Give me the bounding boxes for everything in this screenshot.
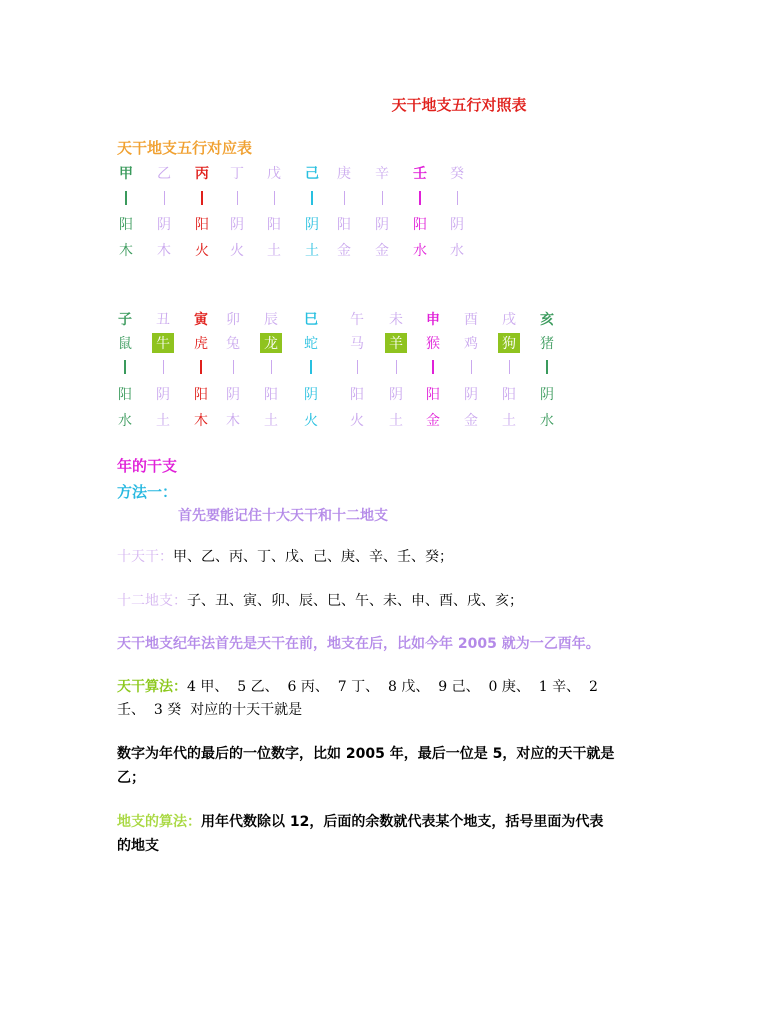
zodiac-animal: 猪 <box>536 333 558 353</box>
remember-line: 首先要能记住十大天干和十二地支 <box>178 505 388 525</box>
stem-yinyang: 阴 <box>301 214 323 234</box>
branch-yinyang: 阳 <box>498 384 520 404</box>
zodiac-animal: 猴 <box>422 333 444 353</box>
branch-char: 卯 <box>222 309 244 329</box>
zodiac-animal: 虎 <box>190 333 212 353</box>
branch-char: 酉 <box>460 309 482 329</box>
branch-yinyang: 阴 <box>460 384 482 404</box>
stem-element: 水 <box>446 240 468 260</box>
vertical-bar-glyph <box>124 360 126 374</box>
branch-char: 戌 <box>498 309 520 329</box>
divider-bar <box>409 190 431 206</box>
stem-element: 金 <box>371 240 393 260</box>
divider-bar <box>346 359 368 375</box>
zodiac-animal: 兔 <box>222 333 244 353</box>
ten-stems-list: 甲、乙、丙、丁、戊、己、庚、辛、壬、癸； <box>173 549 453 565</box>
branch-element: 水 <box>114 410 136 430</box>
vertical-bar-glyph <box>237 191 238 205</box>
stem-yinyang: 阴 <box>226 214 248 234</box>
branch-element: 水 <box>536 410 558 430</box>
divider-bar <box>333 190 355 206</box>
branch-yinyang: 阳 <box>114 384 136 404</box>
stem-calc-line-2: 壬、 3 癸 对应的十天干就是 <box>117 699 302 719</box>
stem-yinyang: 阴 <box>153 214 175 234</box>
stem-char: 癸 <box>446 163 468 183</box>
vertical-bar-glyph <box>457 191 458 205</box>
twelve-branches-list: 子、丑、寅、卯、辰、巳、午、未、申、酉、戌、亥； <box>187 593 523 609</box>
vertical-bar-glyph <box>310 360 312 374</box>
vertical-bar-glyph <box>271 360 272 374</box>
vertical-bar-glyph <box>419 191 421 205</box>
branch-char: 申 <box>422 309 444 329</box>
vertical-bar-glyph <box>125 191 127 205</box>
stem-element: 木 <box>115 240 137 260</box>
divider-bar <box>300 359 322 375</box>
branch-yinyang: 阴 <box>222 384 244 404</box>
branch-char: 辰 <box>260 309 282 329</box>
vertical-bar-glyph <box>311 191 313 205</box>
branch-yinyang: 阳 <box>422 384 444 404</box>
branch-element: 土 <box>385 410 407 430</box>
stem-element: 水 <box>409 240 431 260</box>
stem-char: 戊 <box>263 163 285 183</box>
branch-char: 午 <box>346 309 368 329</box>
divider-bar <box>222 359 244 375</box>
divider-bar <box>191 190 213 206</box>
divider-bar <box>371 190 393 206</box>
divider-bar <box>422 359 444 375</box>
vertical-bar-glyph <box>163 360 164 374</box>
branch-char: 未 <box>385 309 407 329</box>
zodiac-animal: 马 <box>346 333 368 353</box>
zodiac-animal: 鸡 <box>460 333 482 353</box>
branch-element: 金 <box>460 410 482 430</box>
branch-calc-line-2: 的地支 <box>117 835 159 855</box>
divider-bar <box>114 359 136 375</box>
branch-element: 火 <box>300 410 322 430</box>
vertical-bar-glyph <box>396 360 397 374</box>
zodiac-animal: 龙 <box>260 333 282 353</box>
branch-char: 巳 <box>300 309 322 329</box>
branch-yinyang: 阳 <box>260 384 282 404</box>
stem-yinyang: 阳 <box>115 214 137 234</box>
vertical-bar-glyph <box>200 360 202 374</box>
divider-bar <box>446 190 468 206</box>
divider-bar <box>301 190 323 206</box>
branch-yinyang: 阳 <box>346 384 368 404</box>
vertical-bar-glyph <box>233 360 234 374</box>
section-subtitle: 天干地支五行对应表 <box>117 137 252 158</box>
vertical-bar-glyph <box>344 191 345 205</box>
vertical-bar-glyph <box>546 360 548 374</box>
twelve-branches-line: 十二地支：子、丑、寅、卯、辰、巳、午、未、申、酉、戌、亥； <box>117 590 523 610</box>
stem-element: 火 <box>191 240 213 260</box>
zodiac-animal: 狗 <box>498 333 520 353</box>
branch-yinyang: 阴 <box>385 384 407 404</box>
branch-yinyang: 阴 <box>536 384 558 404</box>
divider-bar <box>498 359 520 375</box>
branch-element: 木 <box>222 410 244 430</box>
divider-bar <box>152 359 174 375</box>
divider-bar <box>153 190 175 206</box>
branch-char: 亥 <box>536 309 558 329</box>
stem-element: 土 <box>263 240 285 260</box>
divider-bar <box>460 359 482 375</box>
stem-calc-line-1: 天干算法：4 甲、 5 乙、 6 丙、 7 丁、 8 戊、 9 己、 0 庚、 … <box>117 676 598 696</box>
vertical-bar-glyph <box>471 360 472 374</box>
divider-bar <box>115 190 137 206</box>
stem-element: 木 <box>153 240 175 260</box>
branch-yinyang: 阳 <box>190 384 212 404</box>
ten-stems-label: 十天干： <box>117 549 173 565</box>
divider-bar <box>260 359 282 375</box>
zodiac-animal: 羊 <box>385 333 407 353</box>
branch-yinyang: 阴 <box>300 384 322 404</box>
stem-char: 辛 <box>371 163 393 183</box>
branch-calc-line-1: 地支的算法：用年代数除以 12，后面的余数就代表某个地支，括号里面为代表 <box>117 811 603 831</box>
stem-char: 己 <box>301 163 323 183</box>
divider-bar <box>226 190 248 206</box>
branch-element: 金 <box>422 410 444 430</box>
vertical-bar-glyph <box>274 191 275 205</box>
digit-note-line-1: 数字为年代的最后的一位数字，比如 2005 年，最后一位是 5，对应的天干就是 <box>117 743 614 763</box>
branch-calc-text-1: 用年代数除以 12，后面的余数就代表某个地支，括号里面为代表 <box>201 814 603 830</box>
ten-stems-line: 十天干：甲、乙、丙、丁、戊、己、庚、辛、壬、癸； <box>117 546 453 566</box>
zodiac-animal: 鼠 <box>114 333 136 353</box>
branch-char: 丑 <box>152 309 174 329</box>
branch-element: 火 <box>346 410 368 430</box>
stem-element: 金 <box>333 240 355 260</box>
stem-char: 庚 <box>333 163 355 183</box>
stem-yinyang: 阳 <box>333 214 355 234</box>
stem-char: 丙 <box>191 163 213 183</box>
stem-yinyang: 阳 <box>263 214 285 234</box>
twelve-branches-label: 十二地支： <box>117 593 187 609</box>
vertical-bar-glyph <box>164 191 165 205</box>
branch-calc-label: 地支的算法： <box>117 814 201 830</box>
stem-char: 丁 <box>226 163 248 183</box>
stem-char: 甲 <box>115 163 137 183</box>
digit-note-line-2: 乙； <box>117 767 145 787</box>
stem-char: 壬 <box>409 163 431 183</box>
branch-element: 木 <box>190 410 212 430</box>
stem-yinyang: 阳 <box>191 214 213 234</box>
branch-char: 子 <box>114 309 136 329</box>
stem-element: 土 <box>301 240 323 260</box>
divider-bar <box>263 190 285 206</box>
document-title: 天干地支五行对照表 <box>0 94 768 115</box>
year-ganzhi-heading: 年的干支 <box>117 455 177 476</box>
stem-yinyang: 阴 <box>371 214 393 234</box>
zodiac-animal: 牛 <box>152 333 174 353</box>
stem-char: 乙 <box>153 163 175 183</box>
branch-yinyang: 阴 <box>152 384 174 404</box>
divider-bar <box>385 359 407 375</box>
method-one-heading: 方法一： <box>117 481 177 502</box>
branch-element: 土 <box>260 410 282 430</box>
branch-element: 土 <box>498 410 520 430</box>
order-note: 天干地支纪年法首先是天干在前，地支在后，比如今年 2005 就为一乙酉年。 <box>117 633 600 653</box>
vertical-bar-glyph <box>382 191 383 205</box>
vertical-bar-glyph <box>201 191 203 205</box>
divider-bar <box>190 359 212 375</box>
branch-char: 寅 <box>190 309 212 329</box>
stem-yinyang: 阴 <box>446 214 468 234</box>
vertical-bar-glyph <box>509 360 510 374</box>
divider-bar <box>536 359 558 375</box>
vertical-bar-glyph <box>357 360 358 374</box>
branch-element: 土 <box>152 410 174 430</box>
stem-element: 火 <box>226 240 248 260</box>
stem-calc-label: 天干算法： <box>117 679 187 695</box>
stem-yinyang: 阳 <box>409 214 431 234</box>
zodiac-animal: 蛇 <box>300 333 322 353</box>
stem-calc-text-1: 4 甲、 5 乙、 6 丙、 7 丁、 8 戊、 9 己、 0 庚、 1 辛、 … <box>187 679 598 695</box>
vertical-bar-glyph <box>432 360 434 374</box>
